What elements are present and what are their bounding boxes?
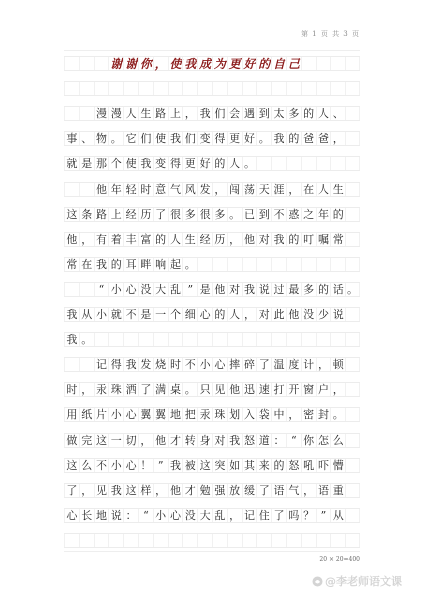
grid-cell: 起 — [168, 258, 183, 271]
title-cell — [64, 57, 79, 70]
grid-cell: ： — [123, 509, 138, 522]
grid-cell: 长 — [79, 509, 94, 522]
watermark: @李老师语文课 — [312, 573, 402, 589]
grid-cell: 才 — [182, 484, 197, 497]
grid-cell: 从 — [330, 509, 345, 522]
title-cell — [345, 57, 360, 70]
grid-cell: 么 — [79, 459, 94, 472]
grid-cell: 户 — [316, 383, 331, 396]
grid-cell: 我 — [271, 132, 286, 145]
grid-cell: 纸 — [79, 408, 94, 421]
grid-cell: 顿 — [330, 358, 345, 371]
grid-cell: 汞 — [94, 383, 109, 396]
grid-cell: 用 — [64, 408, 79, 421]
grid-cell — [345, 484, 360, 497]
grid-cell: 没 — [182, 509, 197, 522]
grid-cell: “ — [286, 434, 301, 447]
grid-cell — [256, 333, 271, 346]
grid-cell: 语 — [271, 484, 286, 497]
title-cell: ， — [153, 57, 168, 70]
grid-cell: 满 — [153, 383, 168, 396]
grid-cell: 小 — [197, 358, 212, 371]
grid-cell — [197, 333, 212, 346]
grid-cell: 这 — [94, 434, 109, 447]
grid-cell — [64, 534, 79, 547]
grid-cell: 条 — [79, 208, 94, 221]
grid-cell: 常 — [330, 233, 345, 246]
grid-cell: ， — [138, 434, 153, 447]
grid-cell: 不 — [123, 308, 138, 321]
grid-cell: 从 — [79, 308, 94, 321]
grid-cell: ！ — [138, 459, 153, 472]
grid-cell — [123, 333, 138, 346]
grid-cell: 如 — [227, 459, 242, 472]
grid-cell — [345, 358, 360, 371]
grid-cell: 他 — [94, 183, 109, 196]
grid-cell — [227, 82, 242, 95]
grid-cell — [345, 534, 360, 547]
grid-cell: 闯 — [227, 183, 242, 196]
grid-cell: 重 — [330, 484, 345, 497]
grid-cell: 的 — [301, 107, 316, 120]
grid-cell: 的 — [153, 233, 168, 246]
grid-cell — [64, 358, 79, 371]
grid-cell: 物 — [94, 132, 109, 145]
grid-cell: 的 — [108, 258, 123, 271]
grid-cell: 洒 — [123, 383, 138, 396]
grid-cell: 的 — [212, 157, 227, 170]
grid-cell: 划 — [227, 408, 242, 421]
grid-cell: 对 — [256, 308, 271, 321]
grid-cell — [168, 534, 183, 547]
grid-cell: 着 — [108, 233, 123, 246]
grid-cell: 你 — [301, 434, 316, 447]
grid-cell: 缓 — [242, 484, 257, 497]
grid-cell: 。 — [227, 208, 242, 221]
grid-cell: 对 — [256, 233, 271, 246]
grid-cell: 怎 — [316, 434, 331, 447]
grid-cell — [138, 534, 153, 547]
grid-cell: 其 — [242, 459, 257, 472]
grid-cell: 气 — [168, 183, 183, 196]
grid-cell: 心 — [123, 283, 138, 296]
grid-cell: 个 — [108, 157, 123, 170]
grid-cell — [153, 333, 168, 346]
grid-cell: 畔 — [138, 258, 153, 271]
grid-cell: 了 — [271, 509, 286, 522]
grid-cell — [79, 183, 94, 196]
grid-cell: 耳 — [123, 258, 138, 271]
grid-cell: 小 — [153, 509, 168, 522]
grid-cell: 对 — [212, 434, 227, 447]
grid-cell: 漫 — [94, 107, 109, 120]
grid-cell: 被 — [182, 459, 197, 472]
grid-cell: 人 — [168, 233, 183, 246]
grid-cell — [108, 534, 123, 547]
grid-cell — [242, 82, 257, 95]
grid-cell: 发 — [138, 358, 153, 371]
grid-cell — [345, 183, 360, 196]
grid-cell — [242, 333, 257, 346]
grid-cell: 才 — [168, 434, 183, 447]
grid-cell: 少 — [316, 308, 331, 321]
grid-cell: 就 — [64, 157, 79, 170]
grid-cell — [212, 534, 227, 547]
title-cell — [316, 57, 331, 70]
grid-cell: 风 — [182, 183, 197, 196]
grid-cell — [286, 82, 301, 95]
grid-cell: 封 — [316, 408, 331, 421]
grid-cell — [227, 534, 242, 547]
grid-cell: 心 — [123, 459, 138, 472]
grid-cell: 我 — [242, 283, 257, 296]
grid-cell: 他 — [227, 383, 242, 396]
grid-cell: 路 — [153, 107, 168, 120]
grid-cell — [94, 534, 109, 547]
grid-cell — [330, 534, 345, 547]
grid-cell: 这 — [197, 459, 212, 472]
grid-cell: 一 — [153, 308, 168, 321]
grid-cell — [168, 333, 183, 346]
grid-cell — [108, 333, 123, 346]
grid-cell: ， — [79, 484, 94, 497]
grid-cell — [153, 82, 168, 95]
title-row: 谢谢你，使我成为更好的自己 — [64, 56, 360, 71]
grid-cell — [345, 157, 360, 170]
grid-cell: 记 — [242, 509, 257, 522]
grid-cell: 时 — [64, 383, 79, 396]
title-cell: 己 — [286, 57, 301, 70]
title-cell: 成 — [197, 57, 212, 70]
grid-cell: 做 — [64, 434, 79, 447]
grid-cell: 身 — [197, 434, 212, 447]
grid-cell: ： — [271, 434, 286, 447]
grid-cell — [64, 283, 79, 296]
grid-cell: 生 — [330, 183, 345, 196]
grid-cell — [123, 534, 138, 547]
grid-cell: 怒 — [286, 459, 301, 472]
grid-cell: 强 — [212, 484, 227, 497]
grid-cell: 气 — [286, 484, 301, 497]
grid-cell: ， — [286, 408, 301, 421]
grid-cell: ” — [316, 509, 331, 522]
grid-cell: 人 — [316, 183, 331, 196]
grid-cell: 我 — [168, 132, 183, 145]
grid-cell: 他 — [153, 434, 168, 447]
grid-cell: 吗 — [286, 509, 301, 522]
grid-cell — [286, 333, 301, 346]
grid-cell: 事 — [64, 132, 79, 145]
grid-cell: 人 — [227, 308, 242, 321]
title-cell: 自 — [271, 57, 286, 70]
grid-cell — [212, 82, 227, 95]
grid-cell: ？ — [301, 509, 316, 522]
text-row — [64, 533, 360, 548]
grid-cell: 温 — [271, 358, 286, 371]
grid-cell — [94, 333, 109, 346]
grid-cell: 。 — [242, 157, 257, 170]
grid-cell: 汞 — [197, 408, 212, 421]
grid-cell: 荡 — [242, 183, 257, 196]
grid-cell: 丰 — [123, 233, 138, 246]
grid-cell: 见 — [94, 484, 109, 497]
grid-cell: 细 — [182, 308, 197, 321]
grid-cell: ， — [79, 233, 94, 246]
grid-cell: 的 — [286, 132, 301, 145]
grid-cell: ， — [316, 358, 331, 371]
grid-cell: 、 — [79, 132, 94, 145]
grid-cell: 么 — [330, 434, 345, 447]
grid-cell: 、 — [330, 107, 345, 120]
grid-cell — [271, 333, 286, 346]
grid-cell — [286, 157, 301, 170]
grid-cell: 是 — [79, 157, 94, 170]
grid-cell — [330, 333, 345, 346]
grid-cell: 历 — [212, 233, 227, 246]
grid-cell: 更 — [227, 132, 242, 145]
grid-cell: 翼 — [153, 408, 168, 421]
grid-cell — [301, 82, 316, 95]
grid-cell: 得 — [168, 157, 183, 170]
grid-cell: 入 — [242, 408, 257, 421]
grid-capacity-label: 20 × 20=400 — [300, 556, 360, 563]
grid-cell: 小 — [108, 408, 123, 421]
grid-cell: ， — [153, 484, 168, 497]
grid-cell: 嘱 — [316, 233, 331, 246]
grid-cell — [108, 82, 123, 95]
grid-cell: 生 — [138, 107, 153, 120]
grid-cell — [79, 107, 94, 120]
grid-cell: 变 — [197, 132, 212, 145]
grid-cell — [79, 82, 94, 95]
grid-cell: 完 — [79, 434, 94, 447]
grid-cell: 心 — [168, 509, 183, 522]
grid-cell: 乱 — [168, 283, 183, 296]
grid-cell: 翼 — [138, 408, 153, 421]
grid-cell: 来 — [256, 459, 271, 472]
grid-cell: 已 — [242, 208, 257, 221]
grid-cell: 。 — [182, 258, 197, 271]
grid-cell: 好 — [197, 157, 212, 170]
grid-cell — [301, 333, 316, 346]
grid-cell: 道 — [256, 434, 271, 447]
grid-cell: 乱 — [212, 509, 227, 522]
grid-cell: 得 — [108, 358, 123, 371]
grid-cell — [345, 258, 360, 271]
text-row: 他，有着丰富的人生经历，他对我的叮嘱常 — [64, 232, 360, 247]
grid-cell — [227, 258, 242, 271]
grid-cell: 上 — [108, 208, 123, 221]
text-row: 用纸片小心翼翼地把汞珠划入袋中，密封。 — [64, 407, 360, 422]
grid-cell: 在 — [301, 183, 316, 196]
grid-cell: 。 — [79, 333, 94, 346]
grid-cell: 小 — [94, 308, 109, 321]
grid-cell: 他 — [286, 308, 301, 321]
grid-cell: 爸 — [316, 132, 331, 145]
grid-cell: 我 — [197, 107, 212, 120]
grid-cell — [138, 333, 153, 346]
grid-cell: 度 — [286, 358, 301, 371]
grid-cell: 我 — [168, 459, 183, 472]
grid-cell: 小 — [108, 459, 123, 472]
grid-cell: 我 — [123, 358, 138, 371]
grid-cell: 天 — [256, 183, 271, 196]
grid-cell: 富 — [138, 233, 153, 246]
page-indicator: 第 1 页 共 3 页 — [300, 29, 360, 39]
grid-cell: 袋 — [256, 408, 271, 421]
grid-cell: 打 — [271, 383, 286, 396]
grid-cell: 使 — [153, 132, 168, 145]
grid-cell: 很 — [168, 208, 183, 221]
grid-cell: 心 — [212, 358, 227, 371]
grid-cell: 此 — [271, 308, 286, 321]
grid-cell: 不 — [94, 459, 109, 472]
grid-cell: ， — [212, 183, 227, 196]
grid-cell: 地 — [94, 509, 109, 522]
grid-cell — [271, 534, 286, 547]
text-row — [64, 81, 360, 96]
grid-cell: 我 — [64, 333, 79, 346]
grid-cell — [301, 258, 316, 271]
grid-cell — [301, 157, 316, 170]
grid-cell — [197, 534, 212, 547]
text-row: 就是那个使我变得更好的人。 — [64, 156, 360, 171]
grid-cell: 叮 — [301, 233, 316, 246]
grid-cell — [345, 408, 360, 421]
grid-cell: 对 — [227, 283, 242, 296]
grid-cell: 人 — [316, 107, 331, 120]
grid-cell: 这 — [64, 459, 79, 472]
title-cell: 我 — [182, 57, 197, 70]
title-cell — [79, 57, 94, 70]
grid-cell: 年 — [108, 183, 123, 196]
grid-cell: 那 — [94, 157, 109, 170]
grid-cell: 是 — [138, 308, 153, 321]
grid-cell: 懵 — [330, 459, 345, 472]
grid-cell: 。 — [182, 383, 197, 396]
grid-cell — [345, 509, 360, 522]
grid-cell: 们 — [182, 132, 197, 145]
grid-cell: 轻 — [123, 183, 138, 196]
grid-cell — [123, 82, 138, 95]
grid-cell: 有 — [94, 233, 109, 246]
grid-cell: 多 — [301, 283, 316, 296]
grid-cell: 话 — [330, 283, 345, 296]
title-cell: 谢 — [108, 57, 123, 70]
grid-cell — [286, 534, 301, 547]
grid-cell: 他 — [242, 233, 257, 246]
grid-cell: 密 — [301, 408, 316, 421]
grid-cell: 多 — [212, 208, 227, 221]
grid-cell: 烧 — [153, 358, 168, 371]
title-cell: 更 — [227, 57, 242, 70]
grid-cell: 是 — [197, 283, 212, 296]
grid-cell: 之 — [301, 208, 316, 221]
grid-cell: 勉 — [197, 484, 212, 497]
text-row: 常在我的耳畔响起。 — [64, 257, 360, 272]
grid-cell: ， — [79, 383, 94, 396]
grid-cell: ， — [330, 132, 345, 145]
grid-cell: ， — [286, 183, 301, 196]
grid-cell: 迅 — [242, 383, 257, 396]
grid-cell: 经 — [197, 233, 212, 246]
grid-cell: ， — [330, 383, 345, 396]
grid-cell: 的 — [330, 208, 345, 221]
grid-cell: 好 — [242, 132, 257, 145]
grid-cell — [64, 82, 79, 95]
grid-cell: 我 — [108, 484, 123, 497]
grid-cell: 们 — [212, 107, 227, 120]
grid-cell: 了 — [256, 484, 271, 497]
title-cell: 好 — [242, 57, 257, 70]
grid-cell: 样 — [138, 484, 153, 497]
grid-cell — [138, 82, 153, 95]
grid-cell — [301, 534, 316, 547]
grid-cell: 路 — [94, 208, 109, 221]
grid-cell — [79, 534, 94, 547]
grid-cell: 上 — [168, 107, 183, 120]
grid-cell: 常 — [64, 258, 79, 271]
title-cell — [94, 57, 109, 70]
text-row: 时，汞珠洒了满桌。只见他迅速打开窗户， — [64, 382, 360, 397]
grid-cell: 遇 — [242, 107, 257, 120]
grid-cell: 时 — [168, 358, 183, 371]
text-row: 我。 — [64, 332, 360, 347]
grid-cell — [271, 258, 286, 271]
grid-cell: “ — [94, 283, 109, 296]
grid-cell: 没 — [138, 283, 153, 296]
grid-cell: 了 — [64, 484, 79, 497]
composition-grid-sheet: 谢谢你，使我成为更好的自己 漫漫人生路上，我们会遇到太多的人、事、物。它们使我们… — [64, 50, 360, 552]
grid-cell: ” — [182, 283, 197, 296]
grid-cell: 个 — [168, 308, 183, 321]
grid-cell — [345, 132, 360, 145]
grid-cell: 记 — [94, 358, 109, 371]
grid-cell: 经 — [123, 208, 138, 221]
grid-cell: 到 — [256, 107, 271, 120]
grid-cell: 了 — [138, 383, 153, 396]
text-row: 心长地说：“小心没大乱，记住了吗？”从 — [64, 508, 360, 523]
grid-cell — [256, 258, 271, 271]
title-cell: 使 — [168, 57, 183, 70]
grid-cell: 。 — [108, 132, 123, 145]
text-row: 了，见我这样，他才勉强放缓了语气，语重 — [64, 483, 360, 498]
grid-cell: 它 — [123, 132, 138, 145]
grid-cell: 这 — [123, 484, 138, 497]
grid-cell: 惑 — [286, 208, 301, 221]
text-row: 这条路上经历了很多很多。已到不惑之年的 — [64, 207, 360, 222]
grid-cell — [168, 82, 183, 95]
grid-cell: 意 — [153, 183, 168, 196]
grid-cell — [242, 534, 257, 547]
grid-cell: 多 — [286, 107, 301, 120]
grid-cell: 变 — [153, 157, 168, 170]
grid-cell: 发 — [197, 183, 212, 196]
title-cell: 你 — [138, 57, 153, 70]
grid-cell: ， — [242, 308, 257, 321]
grid-cell: 人 — [227, 157, 242, 170]
grid-cell: 最 — [286, 283, 301, 296]
grid-cell: 把 — [182, 408, 197, 421]
grid-cell: 地 — [168, 408, 183, 421]
grid-cell: 涯 — [271, 183, 286, 196]
grid-cell: 到 — [256, 208, 271, 221]
grid-cell: 历 — [138, 208, 153, 221]
grid-cell — [330, 258, 345, 271]
watermark-text: @李老师语文课 — [325, 573, 402, 589]
grid-cell — [345, 333, 360, 346]
grid-cell — [316, 157, 331, 170]
